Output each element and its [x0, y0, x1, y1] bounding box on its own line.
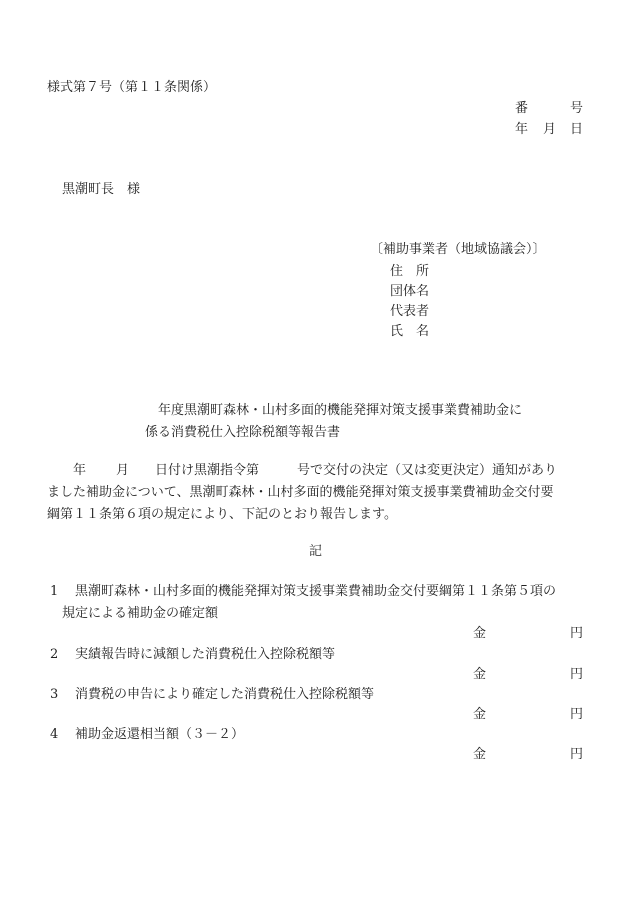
amount-suffix: 円: [570, 748, 583, 761]
applicant-heading: 〔補助事業者（地域協議会）〕: [370, 243, 546, 256]
item-text-line1: 消費税の申告により確定した消費税仕入控除税額等: [75, 688, 374, 701]
amount-suffix: 円: [570, 627, 583, 640]
item-text-line1: 実績報告時に減額した消費税仕入控除税額等: [75, 648, 335, 661]
date-month: 月: [543, 123, 556, 136]
document-number-label: 番: [515, 102, 528, 115]
amount-suffix: 円: [570, 668, 583, 681]
body-line1-rest: 号で交付の決定（又は変更決定）通知があり: [297, 464, 557, 477]
document-title-line2: 係る消費税仕入控除税額等報告書: [145, 426, 340, 439]
body-year: 年: [73, 464, 86, 477]
item-text-line1: 補助金返還相当額（３－２）: [75, 728, 244, 741]
item-text-line1: 黒潮町森林・山村多面的機能発揮対策支援事業費補助金交付要綱第１１条第５項の: [75, 585, 556, 598]
applicant-address-label: 住 所: [390, 265, 429, 278]
item-number: 4: [50, 728, 58, 741]
form-number: 様式第７号（第１１条関係）: [47, 81, 216, 94]
amount-prefix: 金: [473, 748, 486, 761]
item-number: 1: [50, 585, 58, 598]
body-month: 月: [116, 464, 129, 477]
item-text-line2: 規定による補助金の確定額: [62, 607, 218, 620]
amount-suffix: 円: [570, 708, 583, 721]
addressee: 黒潮町長 様: [62, 183, 140, 196]
body-line2: ました補助金について、黒潮町森林・山村多面的機能発揮対策支援事業費補助金交付要: [47, 486, 553, 499]
document-number-suffix: 号: [570, 102, 583, 115]
amount-prefix: 金: [473, 627, 486, 640]
applicant-representative-label: 代表者: [390, 305, 429, 318]
amount-prefix: 金: [473, 708, 486, 721]
applicant-org-label: 団体名: [390, 285, 429, 298]
applicant-name-label: 氏 名: [390, 325, 429, 338]
amount-prefix: 金: [473, 668, 486, 681]
body-line3: 綱第１１条第６項の規定により、下記のとおり報告します。: [47, 508, 397, 521]
item-number: 3: [50, 688, 58, 701]
document-title-line1: 年度黒潮町森林・山村多面的機能発揮対策支援事業費補助金に: [158, 404, 522, 417]
date-year: 年: [515, 123, 528, 136]
date-day: 日: [570, 123, 583, 136]
item-number: 2: [50, 648, 58, 661]
ki-heading: 記: [309, 545, 322, 558]
body-day-ref: 日付け黒潮指令第: [155, 464, 259, 477]
